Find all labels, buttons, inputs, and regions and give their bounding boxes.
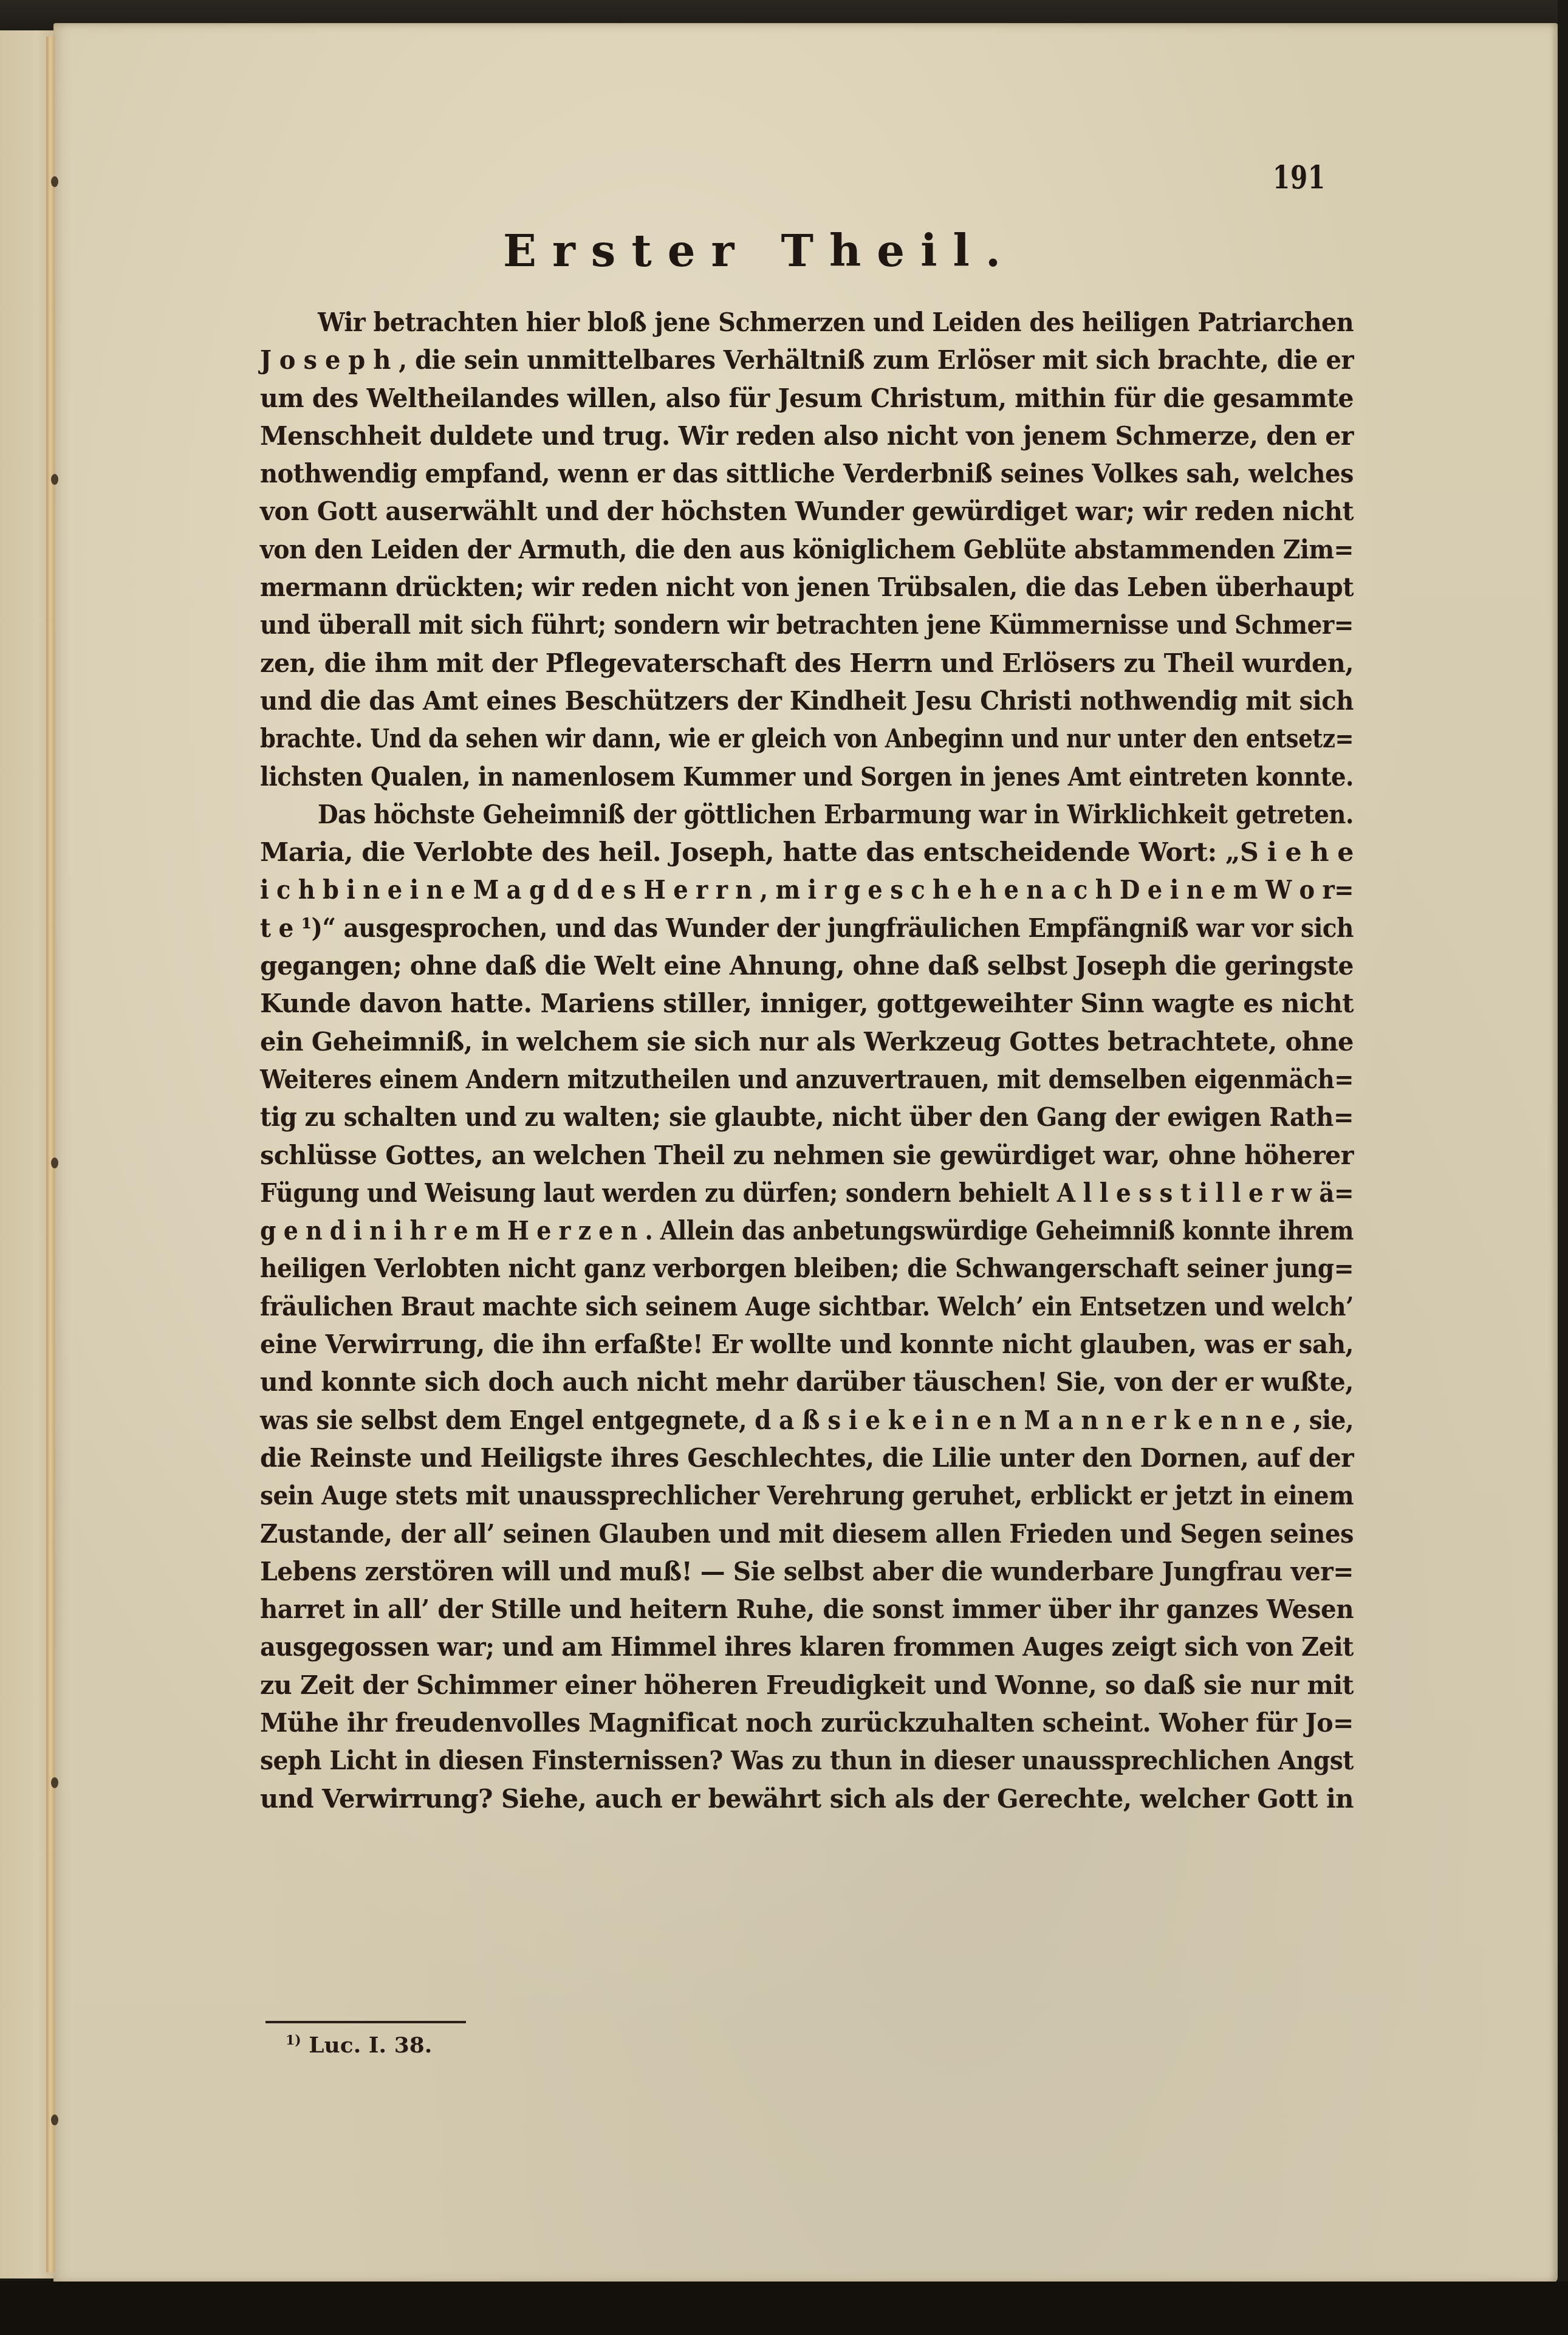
binding-mark	[51, 1777, 58, 1788]
footnote-divider	[265, 2021, 466, 2023]
text-line: i c h b i n e i n e M a g d d e s H e r …	[260, 871, 1354, 909]
text-line: nothwendig empfand, wenn er das sittlich…	[260, 455, 1354, 493]
body-text: Wir betrachten hier bloß jene Schmerzen …	[260, 304, 1354, 1818]
text-line: ausgegossen war; und am Himmel ihres kla…	[260, 1628, 1354, 1666]
text-line: eine Verwirrung, die ihn erfaßte! Er wol…	[260, 1326, 1354, 1363]
text-line: und konnte sich doch auch nicht mehr dar…	[260, 1363, 1354, 1401]
text-line: Lebens zerstören will und muß! — Sie sel…	[260, 1553, 1354, 1591]
text-line: um des Weltheilandes willen, also für Je…	[260, 380, 1354, 417]
text-line: brachte. Und da sehen wir dann, wie er g…	[260, 720, 1354, 758]
text-line: Zustande, der all’ seinen Glauben und mi…	[260, 1515, 1354, 1553]
text-line: Maria, die Verlobte des heil. Joseph, ha…	[260, 834, 1354, 871]
footnote-marker: 1)	[286, 2032, 301, 2048]
text-line: Menschheit duldete und trug. Wir reden a…	[260, 417, 1354, 455]
binding-mark	[51, 2114, 58, 2125]
text-line: und Verwirrung? Siehe, auch er bewährt s…	[260, 1780, 1354, 1818]
text-line: und überall mit sich führt; sondern wir …	[260, 606, 1354, 644]
footnote-text: Luc. I. 38.	[309, 2032, 432, 2058]
text-line: schlüsse Gottes, an welchen Theil zu neh…	[260, 1137, 1354, 1174]
text-line: sein Auge stets mit unaussprechlicher Ve…	[260, 1477, 1354, 1515]
footnote: 1) Luc. I. 38.	[286, 2032, 432, 2058]
text-line: fräulichen Braut machte sich seinem Auge…	[260, 1288, 1354, 1326]
text-line: Weiteres einem Andern mitzutheilen und a…	[260, 1061, 1354, 1099]
page-number: 191	[1273, 159, 1326, 196]
text-line: von Gott auserwählt und der höchsten Wun…	[260, 493, 1354, 530]
text-line: tig zu schalten und zu walten; sie glaub…	[260, 1099, 1354, 1136]
text-line: harret in all’ der Stille und heitern Ru…	[260, 1591, 1354, 1628]
text-line: zen, die ihm mit der Pflegevaterschaft d…	[260, 645, 1354, 682]
text-line: Das höchste Geheimniß der göttlichen Erb…	[260, 796, 1354, 834]
text-line: was sie selbst dem Engel entgegnete, d a…	[260, 1402, 1354, 1439]
text-line: g e n d i n i h r e m H e r z e n . Alle…	[260, 1212, 1354, 1250]
text-line: ein Geheimniß, in welchem sie sich nur a…	[260, 1023, 1354, 1061]
binding-mark	[51, 176, 58, 187]
book-right-edge	[1558, 0, 1568, 2335]
text-line: von den Leiden der Armuth, die den aus k…	[260, 531, 1354, 569]
binding-mark	[51, 1157, 58, 1168]
text-line: gegangen; ohne daß die Welt eine Ahnung,…	[260, 947, 1354, 985]
text-line: heiligen Verlobten nicht ganz verborgen …	[260, 1250, 1354, 1288]
text-line: mermann drückten; wir reden nicht von je…	[260, 569, 1354, 606]
text-line: die Reinste und Heiligste ihres Geschlec…	[260, 1439, 1354, 1477]
binding-mark	[51, 474, 58, 485]
book-cover-bottom	[0, 2282, 1568, 2335]
section-heading: Erster Theil.	[0, 225, 1544, 276]
text-line: und die das Amt eines Beschützers der Ki…	[260, 682, 1354, 720]
text-line: Wir betrachten hier bloß jene Schmerzen …	[260, 304, 1354, 341]
text-line: seph Licht in diesen Finsternissen? Was …	[260, 1742, 1354, 1780]
text-line: Fügung und Weisung laut werden zu dürfen…	[260, 1174, 1354, 1212]
text-line: J o s e p h , die sein unmittelbares Ver…	[260, 341, 1354, 379]
text-line: Kunde davon hatte. Mariens stiller, inni…	[260, 985, 1354, 1023]
page-gutter	[46, 36, 55, 2272]
text-line: t e ¹)“ ausgesprochen, und das Wunder de…	[260, 910, 1354, 947]
text-line: zu Zeit der Schimmer einer höheren Freud…	[260, 1667, 1354, 1704]
text-line: lichsten Qualen, in namenlosem Kummer un…	[260, 758, 1354, 796]
text-line: Mühe ihr freudenvolles Magnificat noch z…	[260, 1704, 1354, 1742]
